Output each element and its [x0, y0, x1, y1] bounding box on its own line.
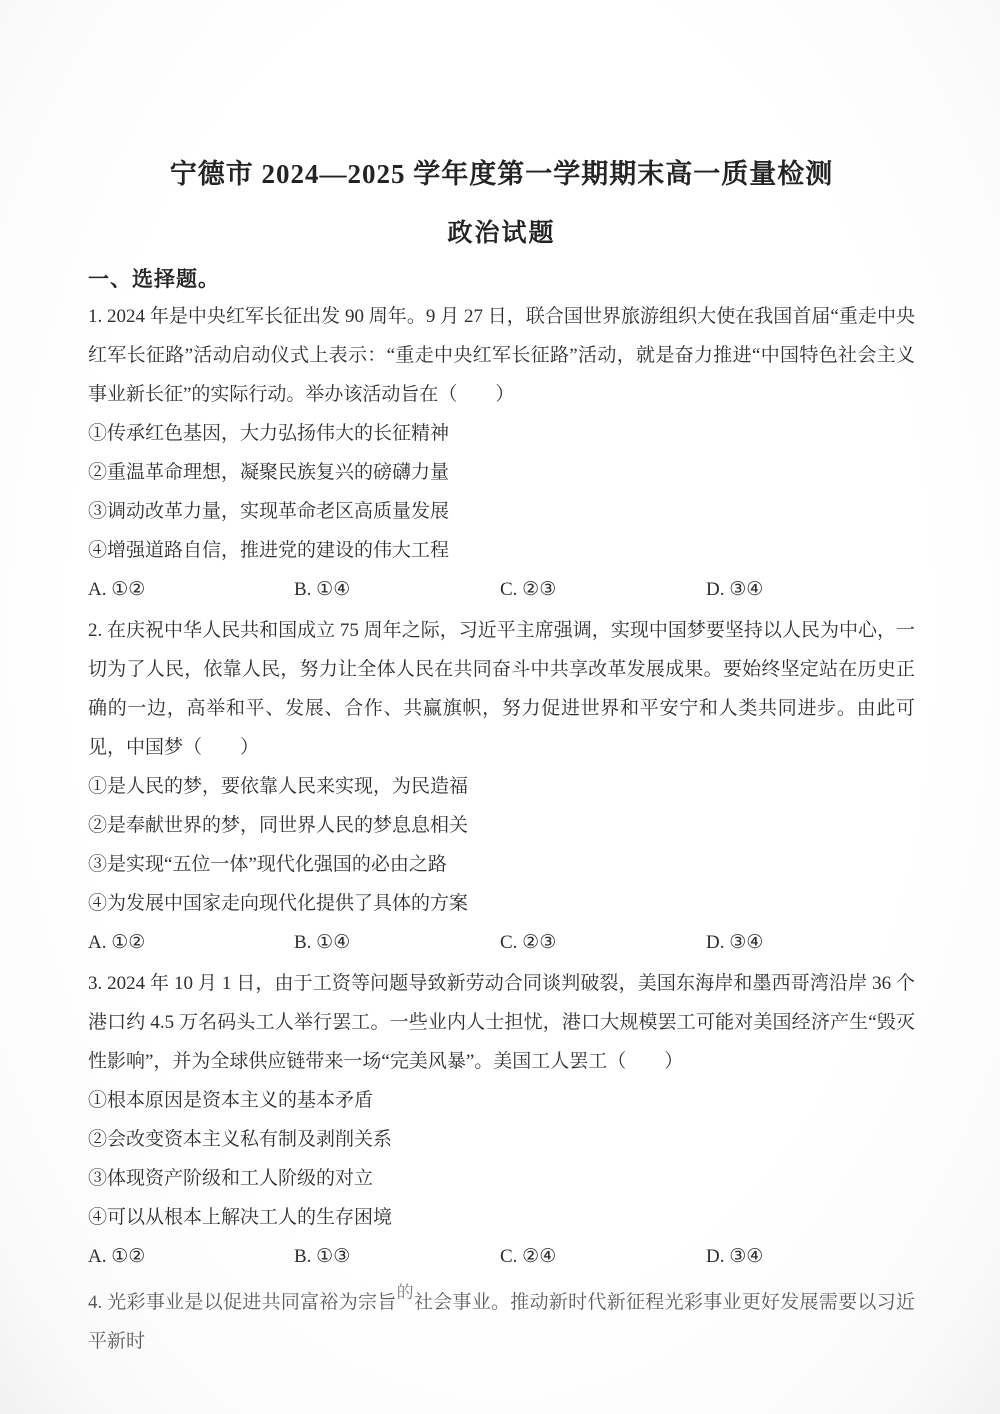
question-2-statement-1: ①是人民的梦，要依靠人民来实现，为民造福 [88, 767, 915, 806]
question-4-text-before: 4. 光彩事业是以促进共同富裕为宗旨 [88, 1292, 397, 1313]
question-1-choice-b: B. ①④ [294, 570, 500, 609]
question-1-stem: 1. 2024 年是中央红军长征出发 90 周年。9 月 27 日，联合国世界旅… [88, 297, 915, 414]
question-1-statement-4: ④增强道路自信，推进党的建设的伟大工程 [88, 531, 915, 570]
question-2-stem: 2. 在庆祝中华人民共和国成立 75 周年之际，习近平主席强调，实现中国梦要坚持… [88, 611, 915, 767]
question-3-statement-3: ③体现资产阶级和工人阶级的对立 [88, 1159, 915, 1198]
question-3-choice-c: C. ②④ [500, 1237, 706, 1276]
question-1-choice-row: A. ①② B. ①④ C. ②③ D. ③④ [88, 570, 915, 609]
question-2-choice-row: A. ①② B. ①④ C. ②③ D. ③④ [88, 923, 915, 962]
exam-subtitle: 政治试题 [88, 213, 915, 249]
question-2-choice-a: A. ①② [88, 923, 294, 962]
question-4-partial-stem: 4. 光彩事业是以促进共同富裕为宗旨的社会事业。推动新时代新征程光彩事业更好发展… [88, 1283, 915, 1361]
question-2: 2. 在庆祝中华人民共和国成立 75 周年之际，习近平主席强调，实现中国梦要坚持… [88, 611, 915, 962]
question-3-choice-a: A. ①② [88, 1237, 294, 1276]
question-1: 1. 2024 年是中央红军长征出发 90 周年。9 月 27 日，联合国世界旅… [88, 297, 915, 609]
question-4-raised-char: 的 [397, 1283, 414, 1302]
question-2-statement-2: ②是奉献世界的梦，同世界人民的梦息息相关 [88, 806, 915, 845]
question-2-statement-4: ④为发展中国家走向现代化提供了具体的方案 [88, 884, 915, 923]
question-1-choice-d: D. ③④ [706, 570, 763, 609]
question-3-statement-2: ②会改变资本主义私有制及剥削关系 [88, 1120, 915, 1159]
question-2-choice-c: C. ②③ [500, 923, 706, 962]
question-1-statement-3: ③调动改革力量，实现革命老区高质量发展 [88, 492, 915, 531]
question-3-statement-4: ④可以从根本上解决工人的生存困境 [88, 1198, 915, 1237]
question-3-choice-b: B. ①③ [294, 1237, 500, 1276]
exam-title: 宁德市 2024—2025 学年度第一学期期末高一质量检测 [88, 152, 915, 191]
question-1-statement-1: ①传承红色基因，大力弘扬伟大的长征精神 [88, 414, 915, 453]
question-3: 3. 2024 年 10 月 1 日，由于工资等问题导致新劳动合同谈判破裂，美国… [88, 964, 915, 1276]
question-3-statement-1: ①根本原因是资本主义的基本矛盾 [88, 1081, 915, 1120]
question-2-choice-d: D. ③④ [706, 923, 763, 962]
exam-paper-page: 宁德市 2024—2025 学年度第一学期期末高一质量检测 政治试题 一、选择题… [0, 0, 1000, 1414]
question-3-stem: 3. 2024 年 10 月 1 日，由于工资等问题导致新劳动合同谈判破裂，美国… [88, 964, 915, 1081]
question-3-choice-row: A. ①② B. ①③ C. ②④ D. ③④ [88, 1237, 915, 1276]
question-1-choice-c: C. ②③ [500, 570, 706, 609]
question-1-choice-a: A. ①② [88, 570, 294, 609]
question-2-statement-3: ③是实现“五位一体”现代化强国的必由之路 [88, 845, 915, 884]
question-2-choice-b: B. ①④ [294, 923, 500, 962]
question-1-statement-2: ②重温革命理想，凝聚民族复兴的磅礴力量 [88, 453, 915, 492]
section-heading-multiple-choice: 一、选择题。 [88, 263, 915, 293]
question-3-choice-d: D. ③④ [706, 1237, 763, 1276]
